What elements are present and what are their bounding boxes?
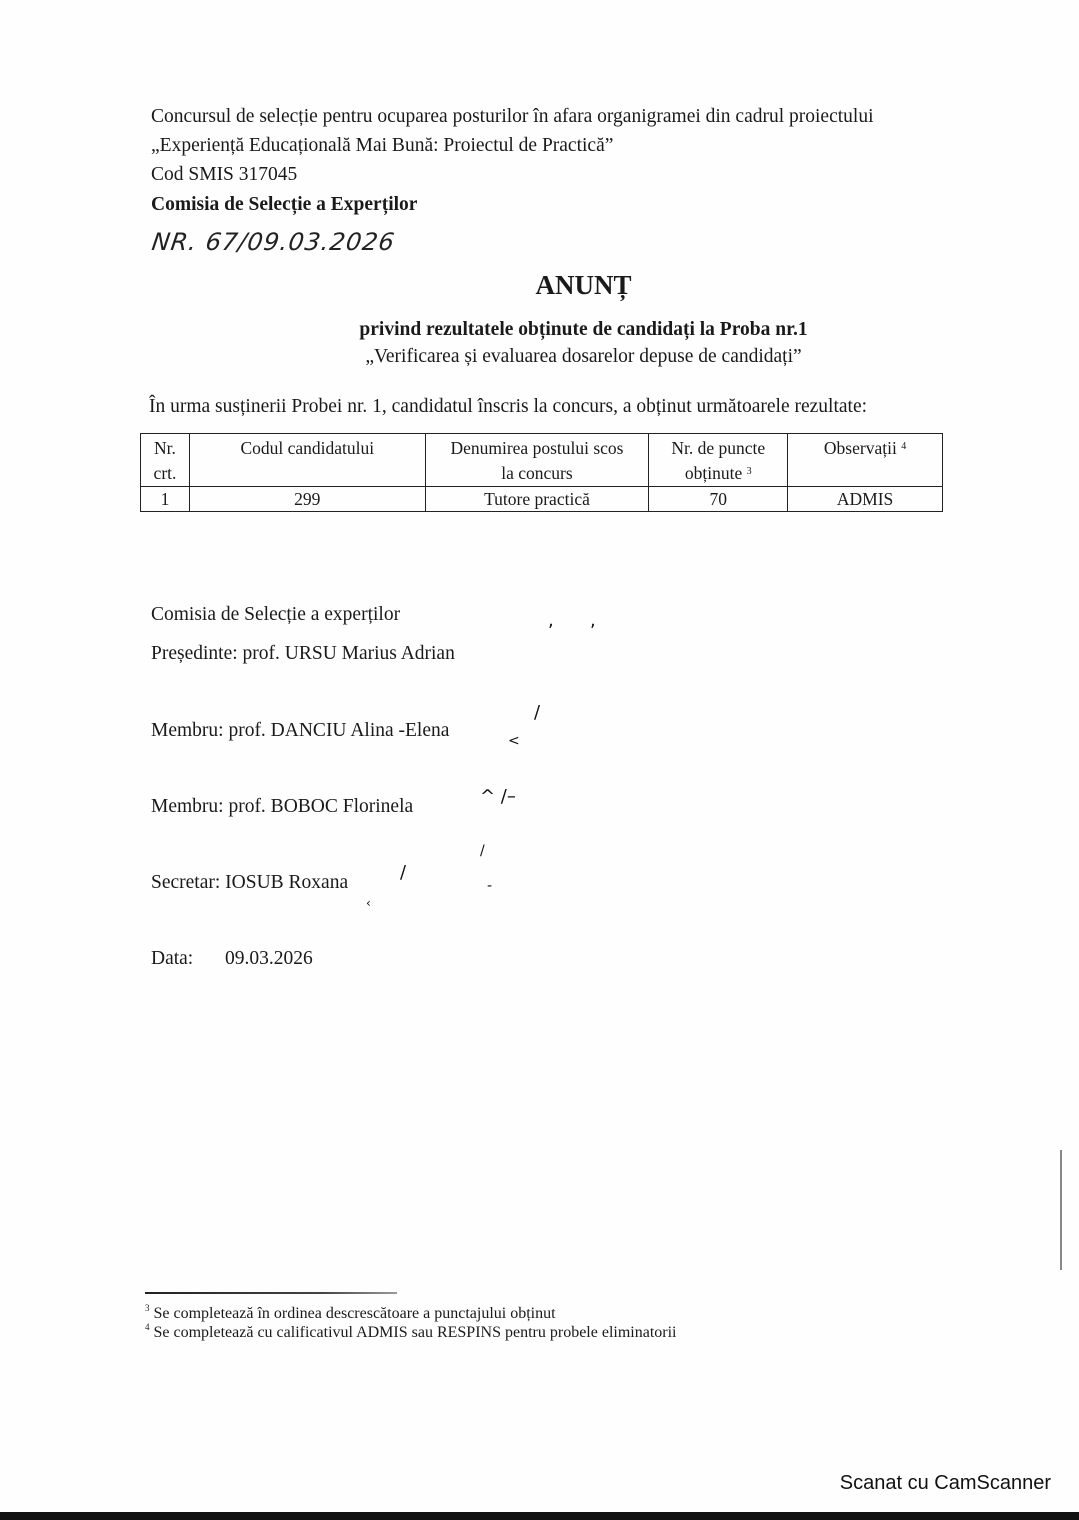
bottom-border: [0, 1512, 1079, 1520]
footnote-ref-4: 4: [901, 441, 906, 452]
cell-post-name: Tutore practică: [425, 487, 649, 512]
signature-member-2: Membru: prof. BOBOC Florinela: [151, 796, 413, 818]
header-observations: Observații 4: [788, 434, 943, 487]
header-line-project: „Experiență Educațională Mai Bună: Proie…: [151, 131, 613, 160]
scanned-document-page: Concursul de selecție pentru ocuparea po…: [0, 0, 1079, 1512]
cell-nr: 1: [141, 487, 190, 512]
results-table: Nr. crt. Codul candidatului Denumirea po…: [140, 433, 943, 512]
header-nr-crt: Nr. crt.: [141, 434, 190, 487]
footnote-ref-3: 3: [747, 466, 752, 477]
header-line-smis-code: Cod SMIS 317045: [151, 160, 297, 189]
signature-mark: /: [480, 843, 485, 859]
signature-mark: <: [508, 733, 520, 749]
header-points: Nr. de puncte obținute 3: [649, 434, 788, 487]
signature-mark: ,: [590, 610, 596, 631]
camscanner-watermark: Scanat cu CamScanner: [840, 1472, 1051, 1495]
signature-mark: ,: [548, 610, 554, 631]
date-value: 09.03.2026: [225, 948, 313, 969]
page-title: ANUNȚ: [44, 270, 1079, 301]
handwritten-registration-number: NR. 67/09.03.2026: [150, 228, 397, 256]
header-candidate-code: Codul candidatului: [189, 434, 425, 487]
signature-mark: /: [534, 702, 540, 723]
signature-president: Președinte: prof. URSU Marius Adrian: [151, 643, 455, 665]
signature-mark: ^ /–: [480, 786, 516, 807]
signature-member-1: Membru: prof. DANCIU Alina -Elena: [151, 720, 449, 742]
signature-committee-label: Comisia de Selecție a experților: [151, 604, 400, 626]
cell-candidate-code: 299: [189, 487, 425, 512]
footnote-4: 4 Se completează cu calificativul ADMIS …: [145, 1324, 676, 1342]
cell-points: 70: [649, 487, 788, 512]
signature-mark: ‹: [366, 896, 371, 910]
signature-date: Data: 09.03.2026: [151, 948, 313, 970]
footnote-3: 3 Se completează în ordinea descrescătoa…: [145, 1305, 556, 1323]
footnote-separator: [145, 1292, 397, 1294]
subtitle-test-name: „Verificarea și evaluarea dosarelor depu…: [44, 346, 1079, 368]
table-header-row: Nr. crt. Codul candidatului Denumirea po…: [141, 434, 943, 487]
date-label: Data:: [151, 948, 193, 969]
cell-observation: ADMIS: [788, 487, 943, 512]
header-line-competition: Concursul de selecție pentru ocuparea po…: [151, 102, 874, 131]
table-row: 1 299 Tutore practică 70 ADMIS: [141, 487, 943, 512]
intro-text: În urma susținerii Probei nr. 1, candida…: [149, 396, 867, 418]
scan-edge-line: [1060, 1150, 1062, 1270]
header-line-commission: Comisia de Selecție a Experților: [151, 190, 417, 219]
subtitle: privind rezultatele obținute de candidaț…: [44, 319, 1079, 341]
signature-mark: /: [400, 862, 406, 883]
signature-mark: -: [487, 878, 492, 894]
signature-secretary: Secretar: IOSUB Roxana: [151, 872, 348, 894]
header-post-name: Denumirea postului scos la concurs: [425, 434, 649, 487]
